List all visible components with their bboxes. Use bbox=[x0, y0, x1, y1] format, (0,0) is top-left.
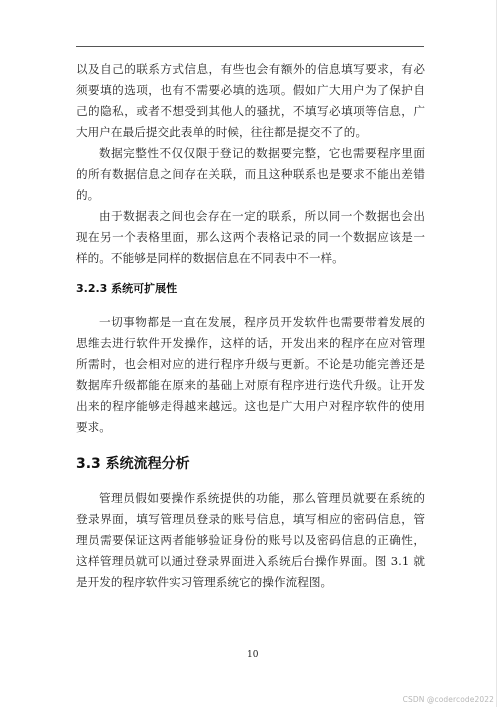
page-number: 10 bbox=[247, 650, 258, 660]
page-edge bbox=[496, 0, 497, 707]
paragraph-table-relations: 由于数据表之间也会存在一定的联系，所以同一个数据也会出现在另一个表格里面，那么这… bbox=[76, 206, 425, 269]
header-rule bbox=[76, 46, 424, 47]
paragraph-data-integrity: 数据完整性不仅仅限于登记的数据要完整，它也需要程序里面的所有数据信息之间存在关联… bbox=[76, 143, 425, 206]
section-heading-3-3: 3.3 系统流程分析 bbox=[76, 454, 425, 474]
paragraph-flow-analysis: 管理员假如要操作系统提供的功能，那么管理员就要在系统的登录界面，填写管理员登录的… bbox=[76, 488, 425, 593]
page-body: 以及自己的联系方式信息，有些也会有额外的信息填写要求，有必须要填的选项，也有不需… bbox=[76, 59, 425, 593]
paragraph-contact-info: 以及自己的联系方式信息，有些也会有额外的信息填写要求，有必须要填的选项，也有不需… bbox=[76, 59, 425, 143]
section-heading-3-2-3: 3.2.3 系统可扩展性 bbox=[76, 281, 425, 297]
watermark: CSDN @codercode2022 bbox=[403, 695, 494, 704]
paragraph-scalability: 一切事物都是一直在发展，程序员开发软件也需要带着发展的思维去进行软件开发操作，这… bbox=[76, 312, 425, 438]
